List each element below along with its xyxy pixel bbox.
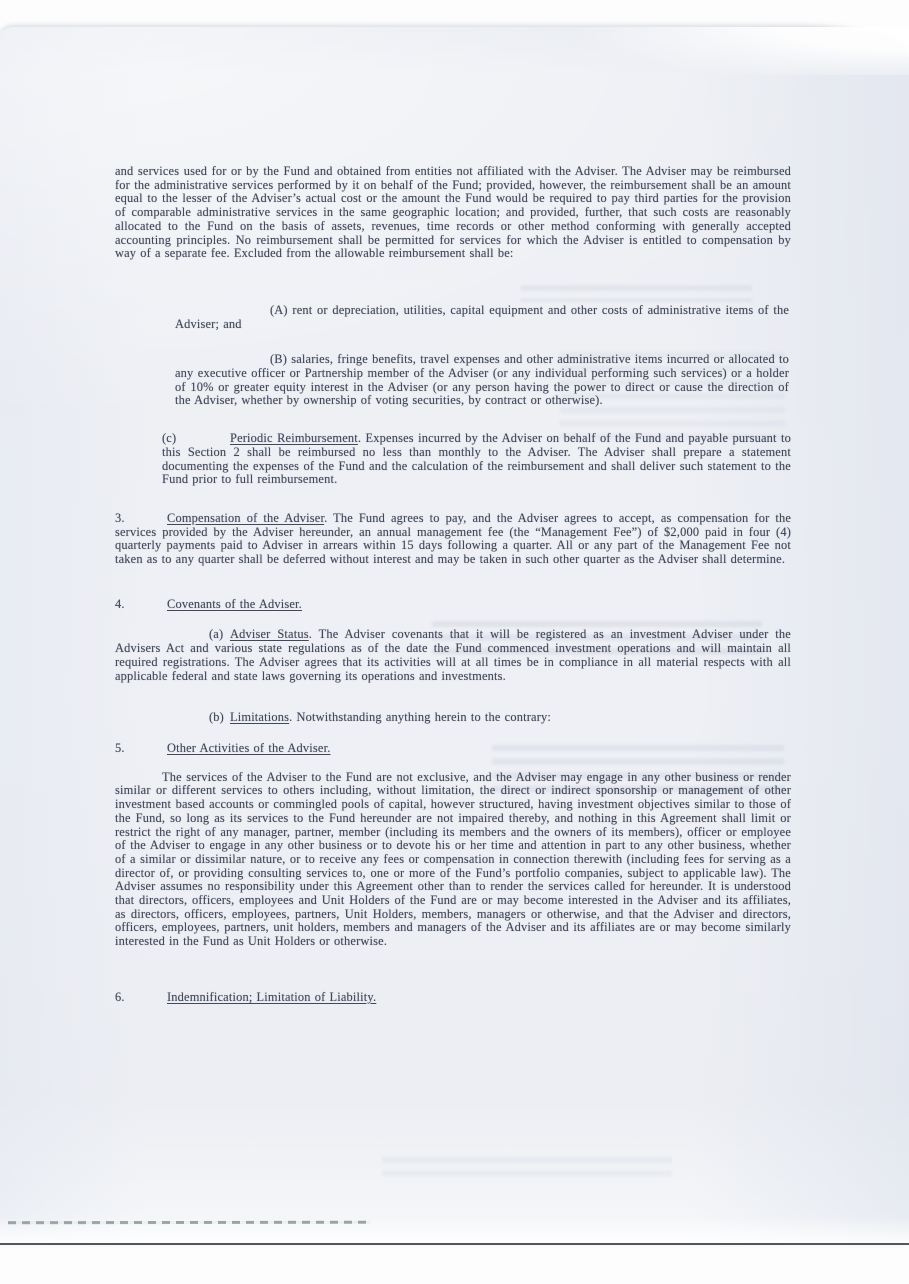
- paragraph-heading: Limitations: [230, 710, 289, 724]
- document-body: and services used for or by the Fund and…: [115, 165, 791, 1005]
- clause-text: rent or depreciation, utilities, capital…: [175, 303, 789, 331]
- section-number: 5.: [115, 742, 167, 756]
- section-6-indemnification: 6.Indemnification; Limitation of Liabili…: [115, 991, 791, 1005]
- scan-dash-artifact: [8, 1221, 370, 1224]
- paragraph-heading: Adviser Status: [230, 627, 309, 641]
- paragraph-label: (b): [162, 711, 230, 725]
- paragraph-periodic-reimbursement: (c)Periodic Reimbursement. Expenses incu…: [162, 432, 791, 487]
- section-4-covenants: 4.Covenants of the Adviser.: [115, 598, 791, 612]
- section-3-compensation: 3.Compensation of the Adviser. The Fund …: [115, 512, 791, 567]
- bleed-through-text: [382, 1157, 672, 1176]
- paragraph-adviser-status: (a)Adviser Status. The Adviser covenants…: [115, 628, 791, 683]
- paragraph-text: . Notwithstanding anything herein to the…: [289, 710, 551, 724]
- clause-label: (B): [270, 352, 287, 366]
- clause-a-rent: (A) rent or depreciation, utilities, cap…: [175, 304, 789, 331]
- section-5-other-activities: 5.Other Activities of the Adviser.: [115, 742, 791, 756]
- section-number: 6.: [115, 991, 167, 1005]
- clause-label: (A): [270, 303, 288, 317]
- clause-text: salaries, fringe benefits, travel expens…: [175, 352, 789, 407]
- paragraph-label: (a): [162, 628, 230, 642]
- paragraph-label: (c): [162, 432, 230, 446]
- page-top-edge-curl: [519, 27, 909, 75]
- section-number: 4.: [115, 598, 167, 612]
- section-heading: Covenants of the Adviser.: [167, 597, 302, 611]
- section-heading: Compensation of the Adviser: [167, 511, 324, 525]
- section-heading: Indemnification; Limitation of Liability…: [167, 990, 376, 1004]
- section-heading: Other Activities of the Adviser.: [167, 741, 330, 755]
- paragraph-limitations: (b)Limitations. Notwithstanding anything…: [115, 711, 791, 725]
- section-number: 3.: [115, 512, 167, 526]
- paragraph-heading: Periodic Reimbursement: [230, 431, 358, 445]
- paragraph-services-not-exclusive: The services of the Adviser to the Fund …: [115, 771, 791, 949]
- clause-b-salaries: (B) salaries, fringe benefits, travel ex…: [175, 353, 789, 408]
- paragraph-reimbursement-continuation: and services used for or by the Fund and…: [115, 165, 791, 261]
- scanned-paper-sheet: and services used for or by the Fund and…: [0, 27, 909, 1245]
